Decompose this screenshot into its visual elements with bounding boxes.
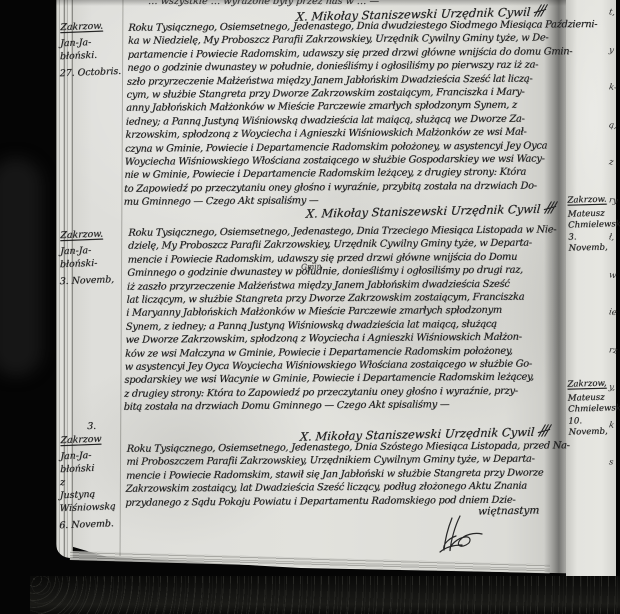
clipped-letter-fragment: y, bbox=[604, 382, 620, 421]
previous-entry-fragment: … wszystkie … wyrażone były przez nas w … bbox=[148, 0, 380, 7]
microfilm-scan: { "scan": { "background_color": "#050505… bbox=[0, 0, 620, 614]
margin-date: 3. Novemb, bbox=[60, 273, 122, 288]
banns-entry-1-text: Roku Tysiącznego, Osiemsetnego, Jedenast… bbox=[123, 18, 568, 209]
clipped-letter-fragment: y bbox=[604, 45, 620, 84]
margin-name-lines: Jan-Ja-błoński- bbox=[60, 243, 122, 271]
margin-name-line: błoński- bbox=[60, 256, 122, 271]
margin-name-line: Wiśniowską bbox=[59, 500, 121, 515]
book-cover-leather bbox=[30, 576, 620, 614]
clipped-letter-fragment: s bbox=[604, 457, 620, 496]
banns-entry-2-text: Roku Tysiącznego, Osiemsetnego, Jedenast… bbox=[123, 223, 568, 414]
clipped-letter-fragment: w bbox=[604, 270, 620, 309]
margin-name-line: błoński. bbox=[60, 48, 122, 63]
clipped-letter-fragment: k- bbox=[604, 82, 620, 121]
interline-correction: Gmin bbox=[301, 262, 322, 272]
clipped-letter-fragment: z bbox=[604, 157, 620, 196]
clipped-letter-fragment: ry bbox=[604, 195, 620, 234]
margin-note-entry-2: Zakrzow. Jan-Ja-błoński- 3. Novemb, bbox=[60, 227, 123, 288]
margin-date: 6. Novemb. bbox=[59, 517, 121, 532]
entry-3-closing-word: więtnastym bbox=[478, 504, 540, 517]
clipped-text-edge-marks: t,yk-ą,zrył,wierzy,ks bbox=[607, 8, 619, 496]
clipped-letter-fragment: rz bbox=[604, 345, 620, 384]
clerk-paraph-flourish bbox=[438, 514, 486, 554]
book-spine-shadow bbox=[0, 158, 42, 376]
clipped-letter-fragment: k bbox=[604, 420, 620, 459]
margin-place: Zakrzow bbox=[60, 432, 122, 447]
signature-flourish-icon bbox=[536, 423, 553, 437]
margin-place: Zakrzow. bbox=[60, 19, 122, 34]
margin-note-entry-1: Zakrzow. Jan-Ja-błoński. 27. Octobris. bbox=[60, 19, 123, 80]
clipped-letter-fragment: ą, bbox=[604, 120, 620, 159]
margin-place: Zakrzow. bbox=[60, 227, 122, 242]
margin-note-entry-3: 3. Zakrzow Jan-Ja-błońskizJustynąWiśniow… bbox=[59, 419, 123, 533]
margin-name-lines: Jan-Ja-błoński. bbox=[60, 35, 122, 63]
clipped-letter-fragment: ie bbox=[604, 307, 620, 346]
knowledge-act-entry-3-text: Roku Tysiącznego, Osiemsetnego, Jedenast… bbox=[125, 439, 567, 510]
margin-date: 27. Octobris. bbox=[60, 65, 122, 80]
margin-name-lines: Jan-Ja-błońskizJustynąWiśniowską bbox=[59, 448, 122, 515]
signature-flourish-icon bbox=[542, 200, 559, 214]
signature-flourish-icon bbox=[532, 3, 549, 17]
clipped-letter-fragment: ł, bbox=[604, 232, 620, 271]
clipped-letter-fragment: t, bbox=[604, 7, 620, 46]
